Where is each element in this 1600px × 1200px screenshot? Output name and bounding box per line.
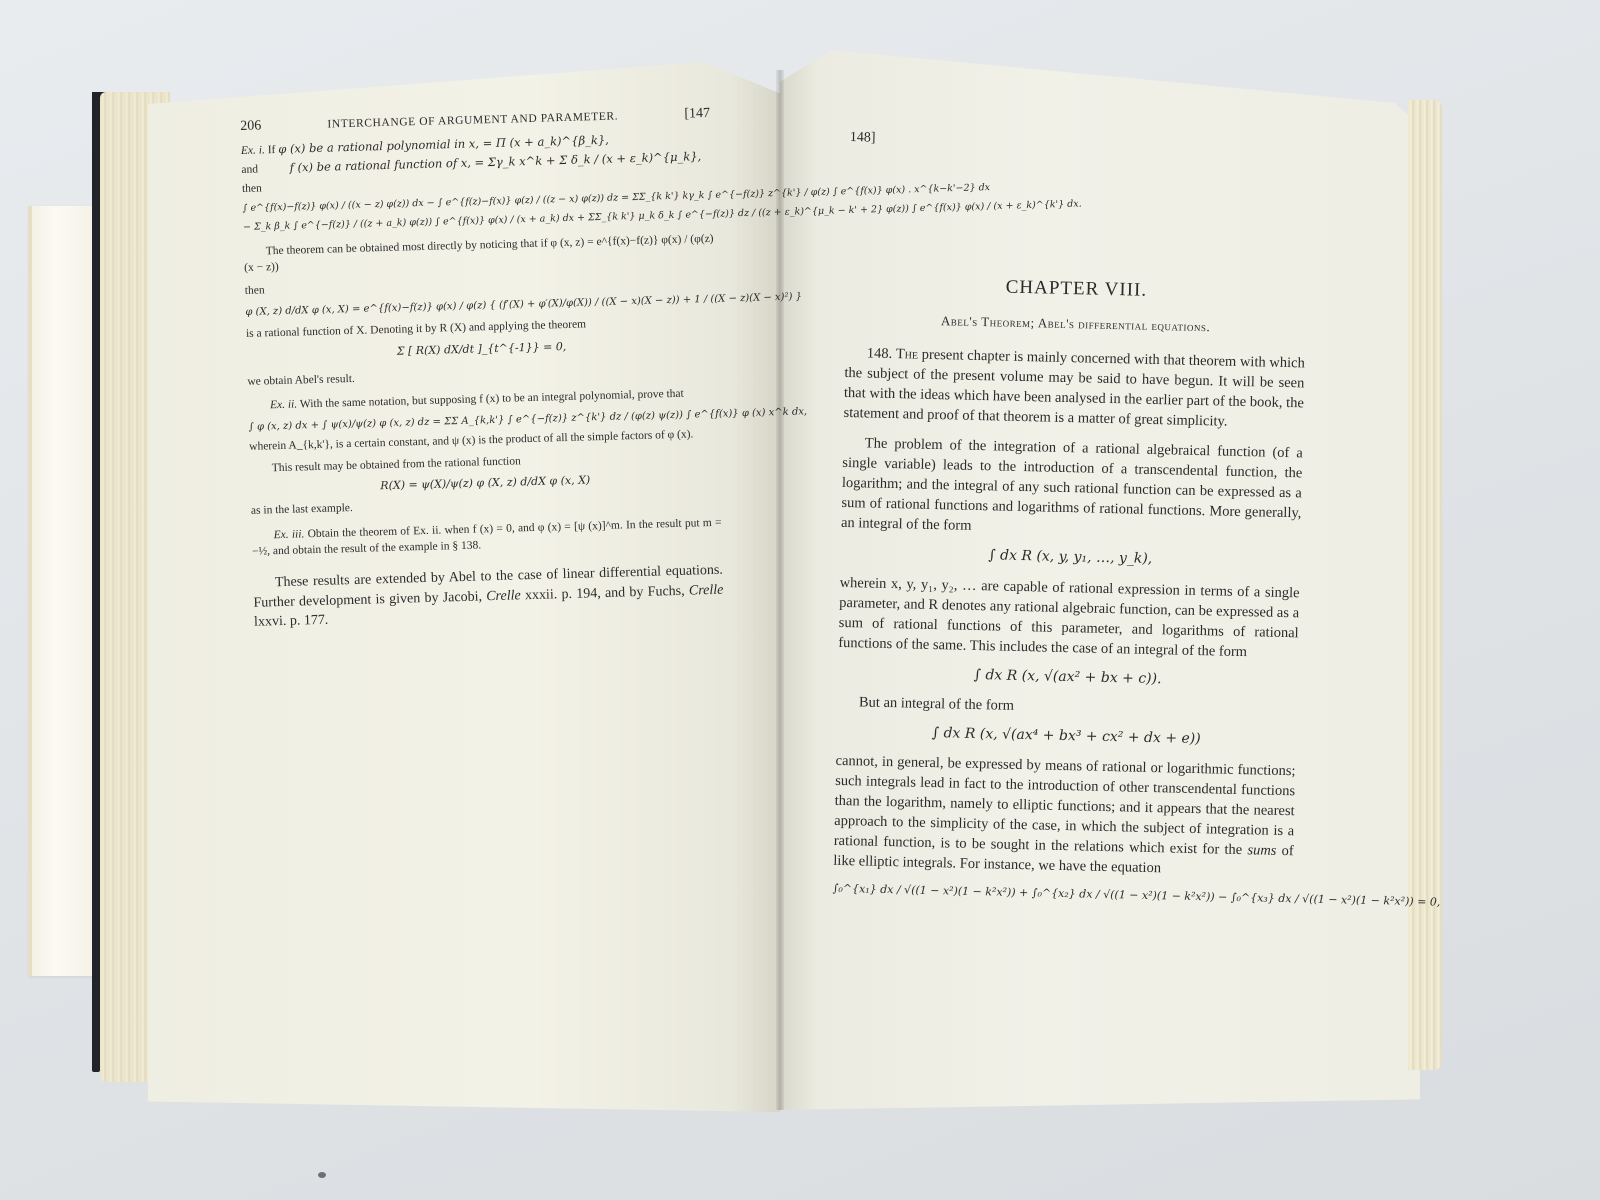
equation-integral-3: ∫ dx R (x, √(ax⁴ + bx³ + cx² + dx + e)) bbox=[836, 722, 1296, 752]
section-number: 148. bbox=[867, 346, 893, 363]
ex3-text: Obtain the theorem of Ex. ii. when f (x)… bbox=[252, 517, 722, 558]
emphasis-sums: sums bbox=[1247, 843, 1276, 860]
right-page-stack bbox=[1408, 100, 1442, 1070]
table-speck bbox=[318, 1172, 326, 1178]
example-3: Ex. iii. Obtain the theorem of Ex. ii. w… bbox=[251, 516, 722, 560]
paragraph-text-a: cannot, in general, be expressed by mean… bbox=[834, 753, 1296, 858]
equation-elliptic-sum: ∫₀^{x₁} dx / √((1 − x²)(1 − k²x²)) + ∫₀^… bbox=[833, 881, 1293, 907]
example-label: Ex. i. bbox=[241, 144, 265, 157]
abel-result-line: we obtain Abel's result. bbox=[247, 362, 717, 391]
closing-text-c: lxxvi. p. 177. bbox=[254, 613, 329, 630]
book-gutter bbox=[776, 70, 784, 1110]
section-marker: [147 bbox=[684, 105, 710, 125]
journal-name: Crelle bbox=[689, 582, 724, 598]
and-word: and bbox=[241, 164, 258, 176]
left-page-text: 206 INTERCHANGE OF ARGUMENT AND PARAMETE… bbox=[240, 105, 724, 635]
closing-text-b: xxxii. p. 194, and by Fuchs, bbox=[521, 583, 690, 603]
ex1-line1: φ (x) be a rational polynomial in x, = Π… bbox=[278, 133, 609, 156]
paragraph-but: But an integral of the form bbox=[837, 692, 1297, 722]
theorem-paragraph: The theorem can be obtained most directl… bbox=[244, 232, 715, 276]
book-cover-edge bbox=[92, 92, 100, 1072]
ex2-text: With the same notation, but supposing f … bbox=[300, 388, 684, 411]
lead-word: The bbox=[896, 347, 919, 363]
journal-name: Crelle bbox=[486, 588, 521, 604]
page-number: 206 bbox=[240, 117, 262, 136]
chapter-subtitle: Abel's Theorem; Abel's differential equa… bbox=[845, 309, 1305, 337]
right-page-text: 148] CHAPTER VIII. Abel's Theorem; Abel'… bbox=[832, 128, 1310, 917]
if-word: If bbox=[268, 144, 276, 156]
paragraph-wherein: wherein x, y, y₁, y₂, … are capable of r… bbox=[838, 573, 1300, 663]
example-label: Ex. iii. bbox=[274, 529, 305, 542]
chapter-heading: CHAPTER VIII. bbox=[846, 271, 1306, 308]
paragraph-integration: The problem of the integration of a rati… bbox=[841, 433, 1303, 543]
paragraph-148: 148. The present chapter is mainly conce… bbox=[843, 343, 1305, 433]
paragraph-elliptic: cannot, in general, be expressed by mean… bbox=[833, 751, 1296, 881]
equation-integral-2: ∫ dx R (x, √(ax² + bx + c)). bbox=[837, 663, 1297, 693]
example-label: Ex. ii. bbox=[270, 399, 297, 412]
equation-integral-1: ∫ dx R (x, y, y₁, …, y_k), bbox=[840, 543, 1300, 573]
closing-paragraph: These results are extended by Abel to th… bbox=[253, 561, 724, 632]
